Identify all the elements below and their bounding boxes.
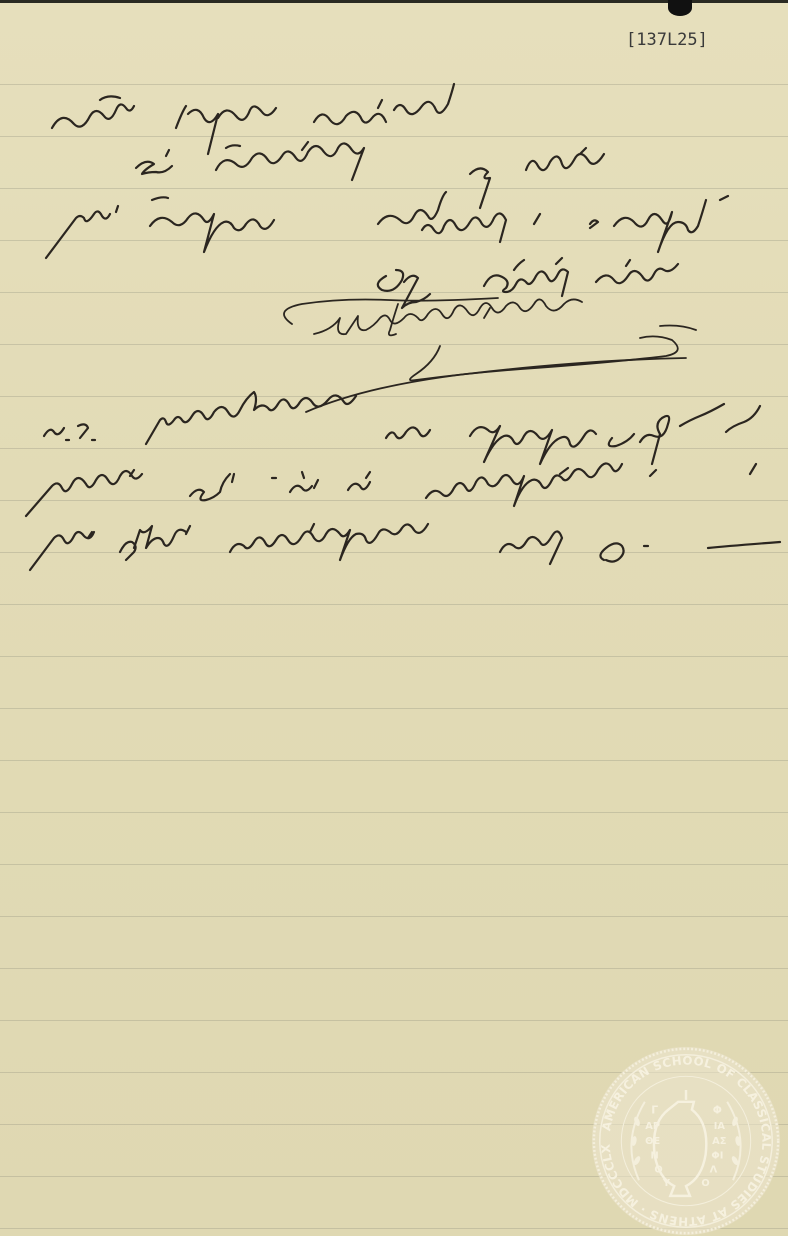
- svg-text:Υ: Υ: [662, 1178, 671, 1189]
- document-page: [137L25]: [0, 0, 788, 1236]
- svg-text:ΘΕ: ΘΕ: [645, 1136, 660, 1147]
- svg-text:ΙΑ: ΙΑ: [714, 1121, 726, 1132]
- signature: [284, 298, 696, 412]
- svg-text:Γ: Γ: [651, 1104, 658, 1117]
- handwritten-line-6: [44, 392, 760, 464]
- institution-seal: AMERICAN SCHOOL OF CLASSICAL STUDIES AT …: [588, 1043, 784, 1236]
- svg-text:Φ: Φ: [713, 1104, 722, 1117]
- svg-text:ΑΣ: ΑΣ: [712, 1136, 726, 1147]
- handwritten-line-1: [52, 84, 454, 154]
- svg-text:Ν: Ν: [651, 1151, 659, 1162]
- handwritten-line-8: [30, 524, 780, 570]
- svg-text:ΦΙ: ΦΙ: [711, 1151, 723, 1162]
- svg-text:Ο: Ο: [654, 1164, 662, 1175]
- handwritten-line-3: [46, 192, 728, 258]
- svg-text:Ο: Ο: [701, 1178, 709, 1189]
- svg-text:Λ: Λ: [710, 1164, 718, 1175]
- handwritten-line-7: [26, 463, 756, 516]
- svg-text:ΑΡ: ΑΡ: [645, 1121, 660, 1132]
- handwritten-line-2: [136, 142, 604, 208]
